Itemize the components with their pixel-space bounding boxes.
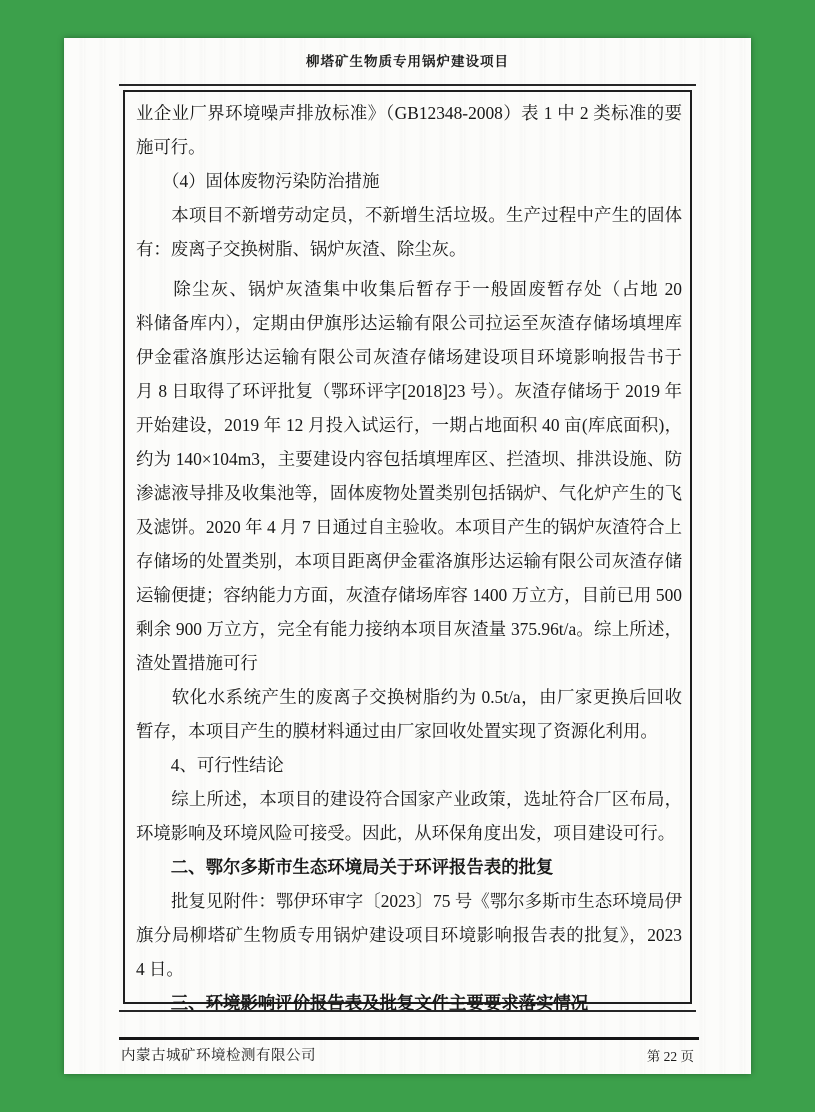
table-outer-bottom-rule — [119, 1010, 696, 1012]
scanned-report-page: { "frame": { "color": "#3ca04b" }, "head… — [0, 0, 815, 1112]
text-line: 综上所述，本项目的建设符合国家产业政策，选址符合厂区布局，选址合理， — [136, 782, 682, 816]
text-line: 除尘灰、锅炉灰渣集中收集后暂存于一般固废暂存处（占地 20 m²，位于燃 — [136, 272, 682, 306]
text-line: 存储场的处置类别，本项目距离伊金霍洛旗彤达运输有限公司灰渣存储场 25km， — [136, 544, 682, 578]
document-page: 柳塔矿生物质专用锅炉建设项目 业企业厂界环境噪声排放标准》（GB12348-20… — [64, 38, 751, 1074]
text-line: 月 8 日取得了环评批复（鄂环评字[2018]23 号）。灰渣存储场于 2019… — [136, 374, 682, 408]
report-content-box: 业企业厂界环境噪声排放标准》（GB12348-2008）表 1 中 2 类标准的… — [123, 90, 692, 1004]
footer-rule — [119, 1037, 699, 1040]
text-line: 剩余 900 万立方，完全有能力接纳本项目灰渣量 375.96t/a。综上所述，… — [136, 612, 682, 646]
text-line: 开始建设，2019 年 12 月投入试运行，一期占地面积 40 亩(库底面积)，… — [136, 408, 682, 442]
page-header-title: 柳塔矿生物质专用锅炉建设项目 — [64, 50, 751, 70]
text-line: 料储备库内），定期由伊旗彤达运输有限公司拉运至灰渣存储场填埋库区填埋。 — [136, 306, 682, 340]
text-line: 渗滤液导排及收集池等，固体废物处置类别包括锅炉、气化炉产生的飞灰、炉渣 — [136, 476, 682, 510]
footer-company-name: 内蒙古城矿环境检测有限公司 — [121, 1044, 316, 1065]
text-line: 本项目不新增劳动定员，不新增生活垃圾。生产过程中产生的固体废物主要 — [136, 198, 682, 232]
text-line: 业企业厂界环境噪声排放标准》（GB12348-2008）表 1 中 2 类标准的… — [136, 96, 682, 130]
text-line: 二、鄂尔多斯市生态环境局关于环评报告表的批复 — [136, 850, 682, 884]
text-line: 约为 140×104m3，主要建设内容包括填埋库区、拦渣坝、排洪设施、防渗设施、 — [136, 442, 682, 476]
text-line: 暂存，本项目产生的膜材料通过由厂家回收处置实现了资源化利用。 — [136, 714, 682, 748]
document-body: 业企业厂界环境噪声排放标准》（GB12348-2008）表 1 中 2 类标准的… — [136, 96, 682, 1020]
text-line: 软化水系统产生的废离子交换树脂约为 0.5t/a，由厂家更换后回收利用，不 — [136, 680, 682, 714]
text-line: 4、可行性结论 — [136, 748, 682, 782]
text-line: 及滤饼。2020 年 4 月 7 日通过自主验收。本项目产生的锅炉灰渣符合上述灰… — [136, 510, 682, 544]
text-line: 运输便捷；容纳能力方面，灰渣存储场库容 1400 万立方，目前已用 500 万方… — [136, 578, 682, 612]
text-line: 有：废离子交换树脂、锅炉灰渣、除尘灰。 — [136, 232, 682, 266]
text-line: 旗分局柳塔矿生物质专用锅炉建设项目环境影响报告表的批复》，2023 年 12 月 — [136, 918, 682, 952]
text-line: 渣处置措施可行 — [136, 646, 682, 680]
text-line: 施可行。 — [136, 130, 682, 164]
table-outer-top-rule — [119, 84, 696, 86]
text-line: （4）固体废物污染防治措施 — [136, 164, 682, 198]
footer-page-number: 第 22 页 — [647, 1045, 694, 1065]
text-line: 环境影响及环境风险可接受。因此，从环保角度出发，项目建设可行。 — [136, 816, 682, 850]
text-line: 三、环境影响评价报告表及批复文件主要要求落实情况 — [136, 986, 682, 1020]
text-line: 4 日。 — [136, 952, 682, 986]
text-line: 伊金霍洛旗彤达运输有限公司灰渣存储场建设项目环境影响报告书于 2018 年 2 — [136, 340, 682, 374]
text-line: 批复见附件：鄂伊环审字〔2023〕75 号《鄂尔多斯市生态环境局伊金霍洛 — [136, 884, 682, 918]
